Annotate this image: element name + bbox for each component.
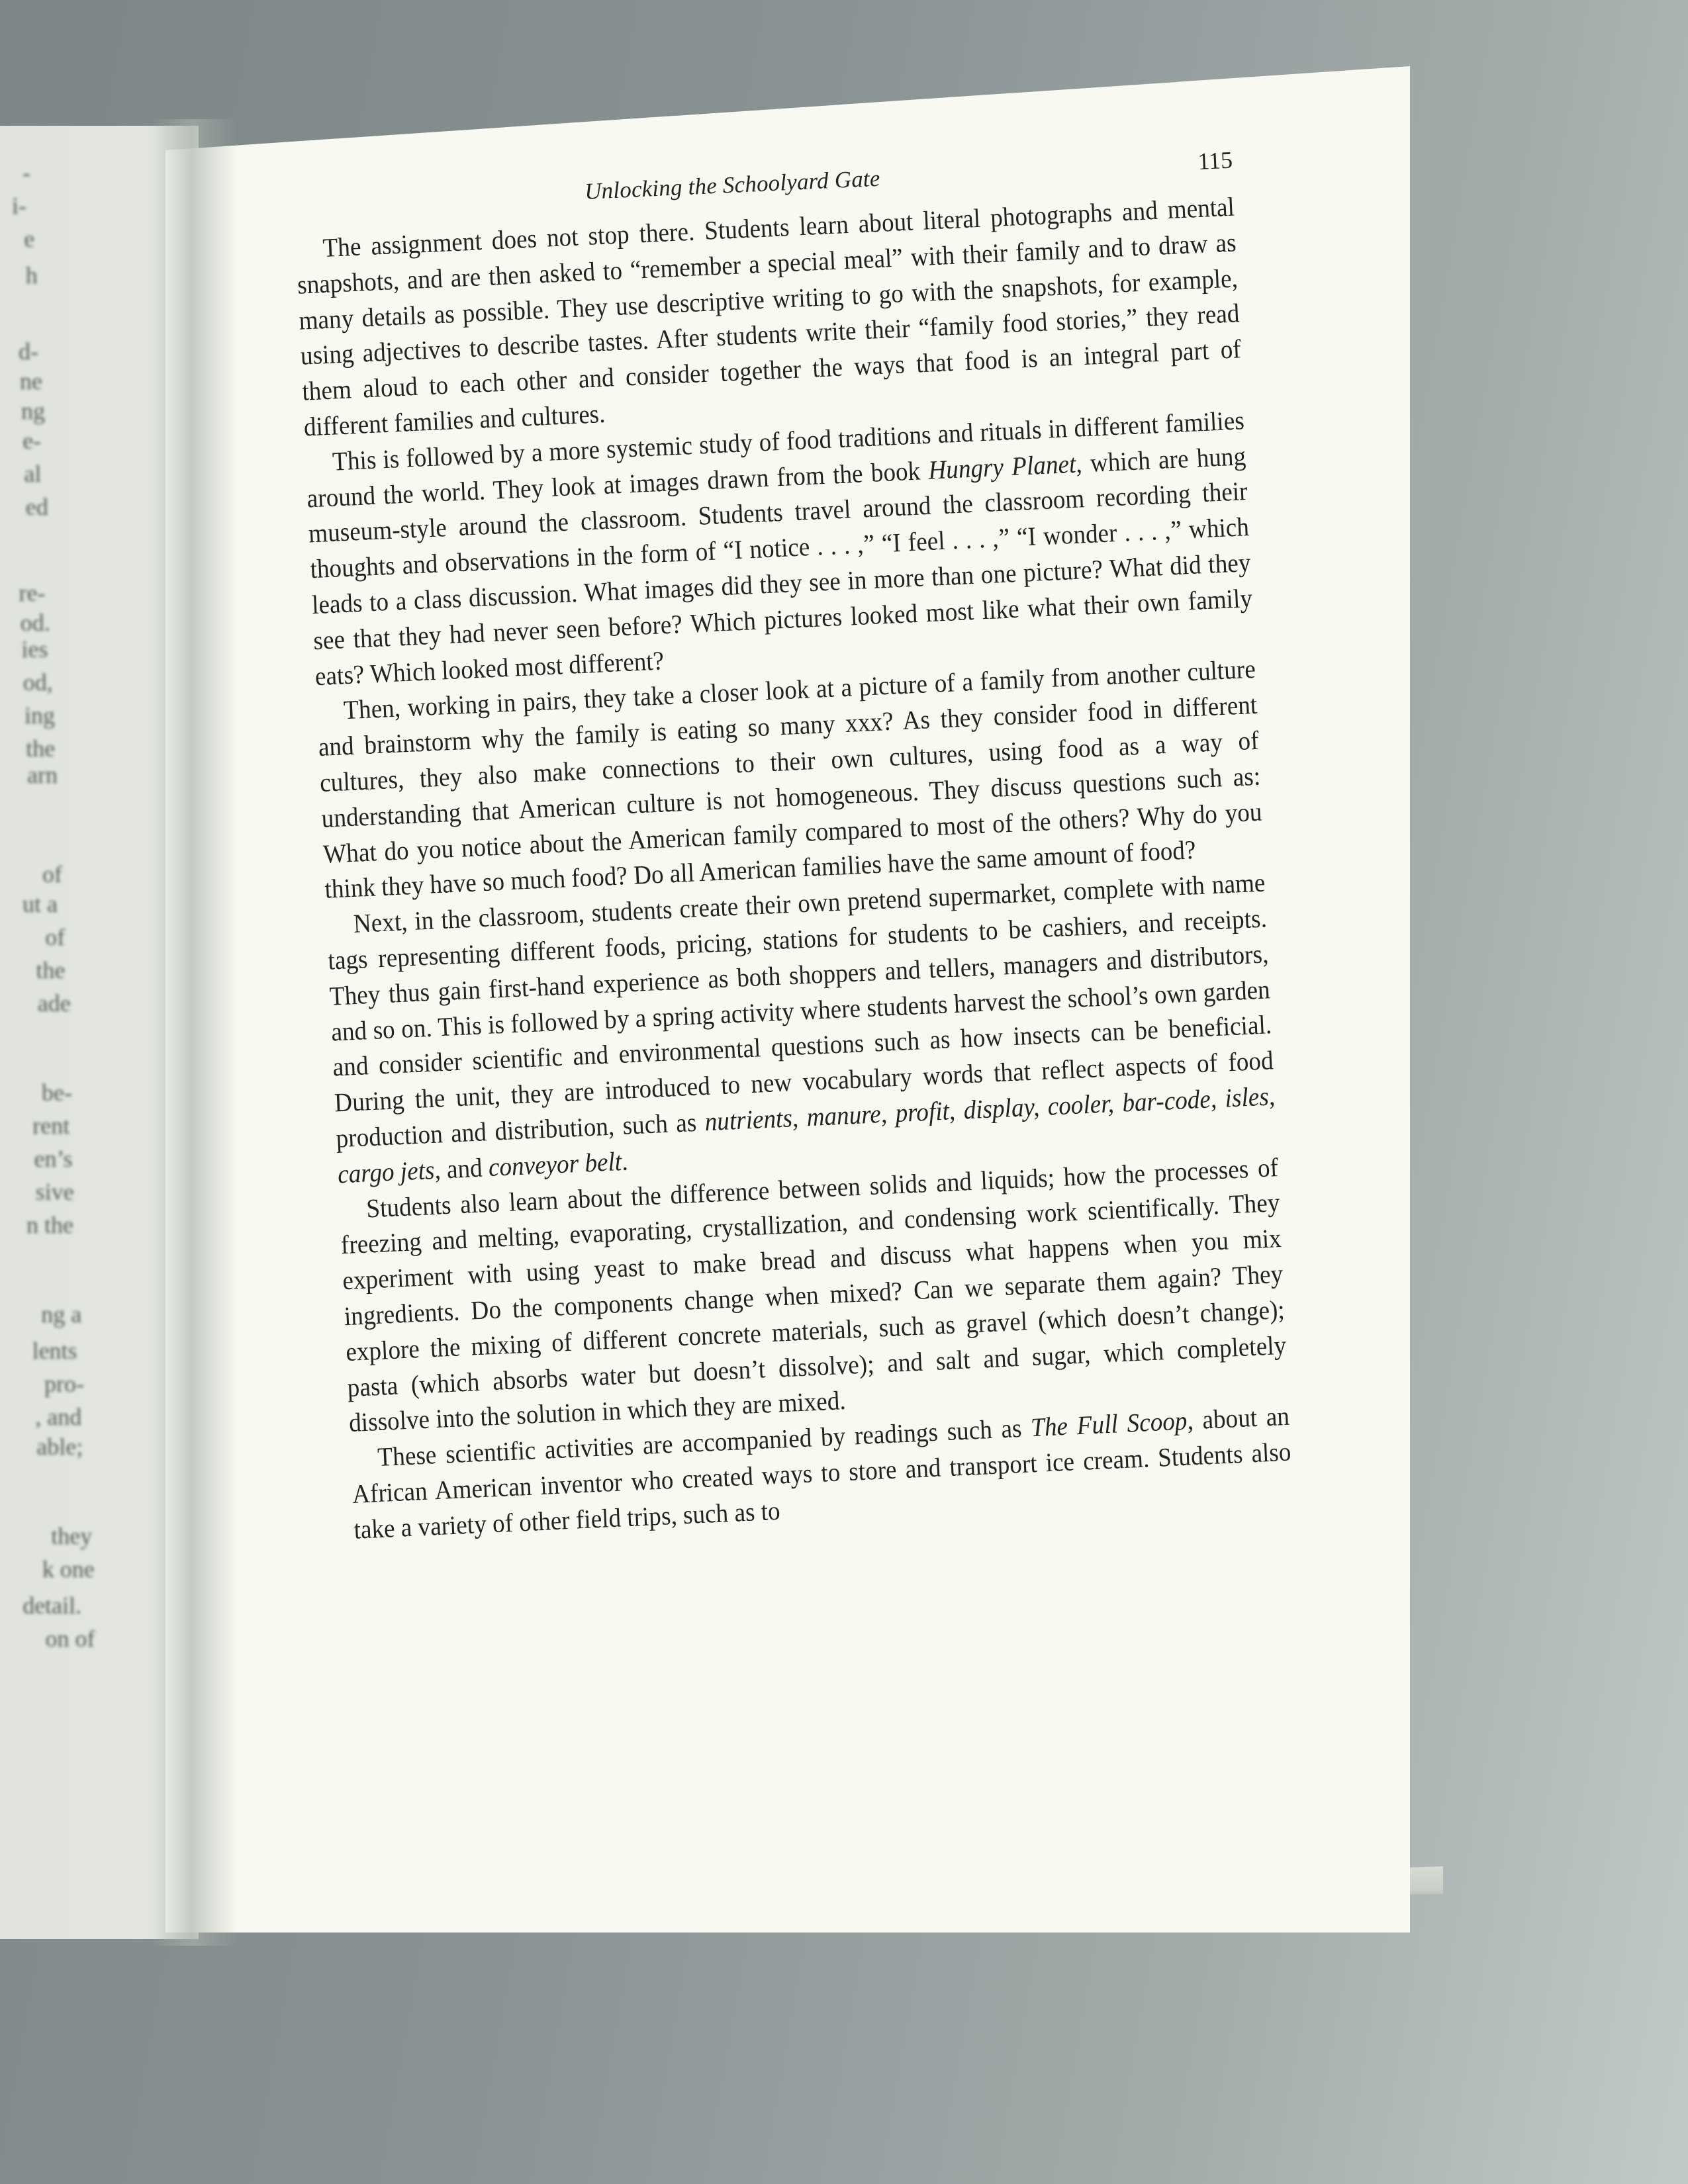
- facing-page-fragment: ies: [21, 635, 48, 663]
- facing-page-fragment: of: [42, 860, 62, 888]
- facing-page-fragment: be-: [42, 1079, 72, 1107]
- facing-page-fragment: en’s: [34, 1145, 72, 1173]
- facing-page-fragment: ut a: [23, 890, 58, 918]
- facing-page-text-fragments: -i-ehd-nenge-aledre-od.iesod,ingthearnof…: [0, 126, 99, 1939]
- paragraph: Students also learn about the difference…: [338, 1149, 1288, 1441]
- facing-page-fragment: k one: [42, 1555, 95, 1583]
- facing-page-fragment: e-: [23, 427, 41, 455]
- italic-title-text: Hungry Planet: [927, 448, 1076, 484]
- facing-page-fragment: they: [51, 1522, 92, 1550]
- italic-title-text: The Full Scoop: [1030, 1406, 1188, 1443]
- facing-page-fragment: , and: [35, 1403, 81, 1431]
- facing-page-fragment: rent: [32, 1112, 70, 1140]
- facing-page-fragment: ade: [38, 989, 71, 1017]
- facing-page-fragment: e: [24, 225, 34, 253]
- body-text-run: Then, working in pairs, they take a clos…: [318, 654, 1263, 904]
- italic-title-text: conveyor belt: [488, 1146, 622, 1182]
- book-gutter-shadow: [152, 119, 238, 1946]
- body-text-run: .: [621, 1146, 628, 1175]
- page-number: 115: [1197, 146, 1233, 175]
- facing-page-fragment: on of: [45, 1625, 95, 1653]
- facing-page-fragment: al: [24, 460, 41, 488]
- paragraph: Then, working in pairs, they take a clos…: [316, 651, 1264, 907]
- page-text-block: Unlocking the Schoolyard Gate 115 The as…: [291, 110, 1293, 1548]
- body-text-run: The assignment does not stop there. Stud…: [297, 191, 1242, 441]
- facing-page-fragment: arn: [27, 761, 58, 789]
- facing-page-fragment: -: [23, 159, 30, 187]
- body-text-run: , and: [434, 1152, 489, 1185]
- facing-page-fragment: the: [26, 735, 55, 762]
- facing-page-fragment: ng: [21, 397, 45, 425]
- body-text: The assignment does not stop there. Stud…: [295, 189, 1293, 1547]
- facing-page-fragment: od.: [21, 609, 50, 637]
- paragraph: The assignment does not stop there. Stud…: [295, 189, 1243, 445]
- facing-page-fragment: of: [45, 923, 65, 951]
- facing-page-fragment: n the: [26, 1211, 73, 1239]
- facing-page-fragment: d-: [19, 338, 38, 365]
- facing-page-fragment: ng a: [41, 1300, 81, 1328]
- facing-page-fragment: lents: [32, 1337, 77, 1365]
- facing-page-fragment: the: [36, 956, 66, 984]
- facing-page-fragment: h: [26, 261, 38, 289]
- paragraph: Next, in the classroom, students create …: [326, 865, 1278, 1192]
- facing-page-fragment: re-: [19, 579, 46, 607]
- facing-page-fragment: able;: [36, 1433, 83, 1461]
- facing-page-fragment: ne: [20, 367, 42, 395]
- facing-page-fragment: od,: [23, 668, 53, 696]
- facing-page-fragment: ed: [26, 493, 48, 521]
- paragraph: This is followed by a more systemic stud…: [305, 402, 1254, 694]
- facing-page-fragment: ing: [24, 702, 55, 729]
- facing-page-fragment: sive: [36, 1178, 74, 1206]
- facing-page-fragment: detail.: [23, 1592, 81, 1619]
- body-text-run: Students also learn about the difference…: [340, 1152, 1287, 1437]
- facing-page-fragment: i-: [12, 192, 26, 220]
- facing-page-fragment: pro-: [44, 1370, 84, 1398]
- running-title: Unlocking the Schoolyard Gate: [584, 165, 880, 205]
